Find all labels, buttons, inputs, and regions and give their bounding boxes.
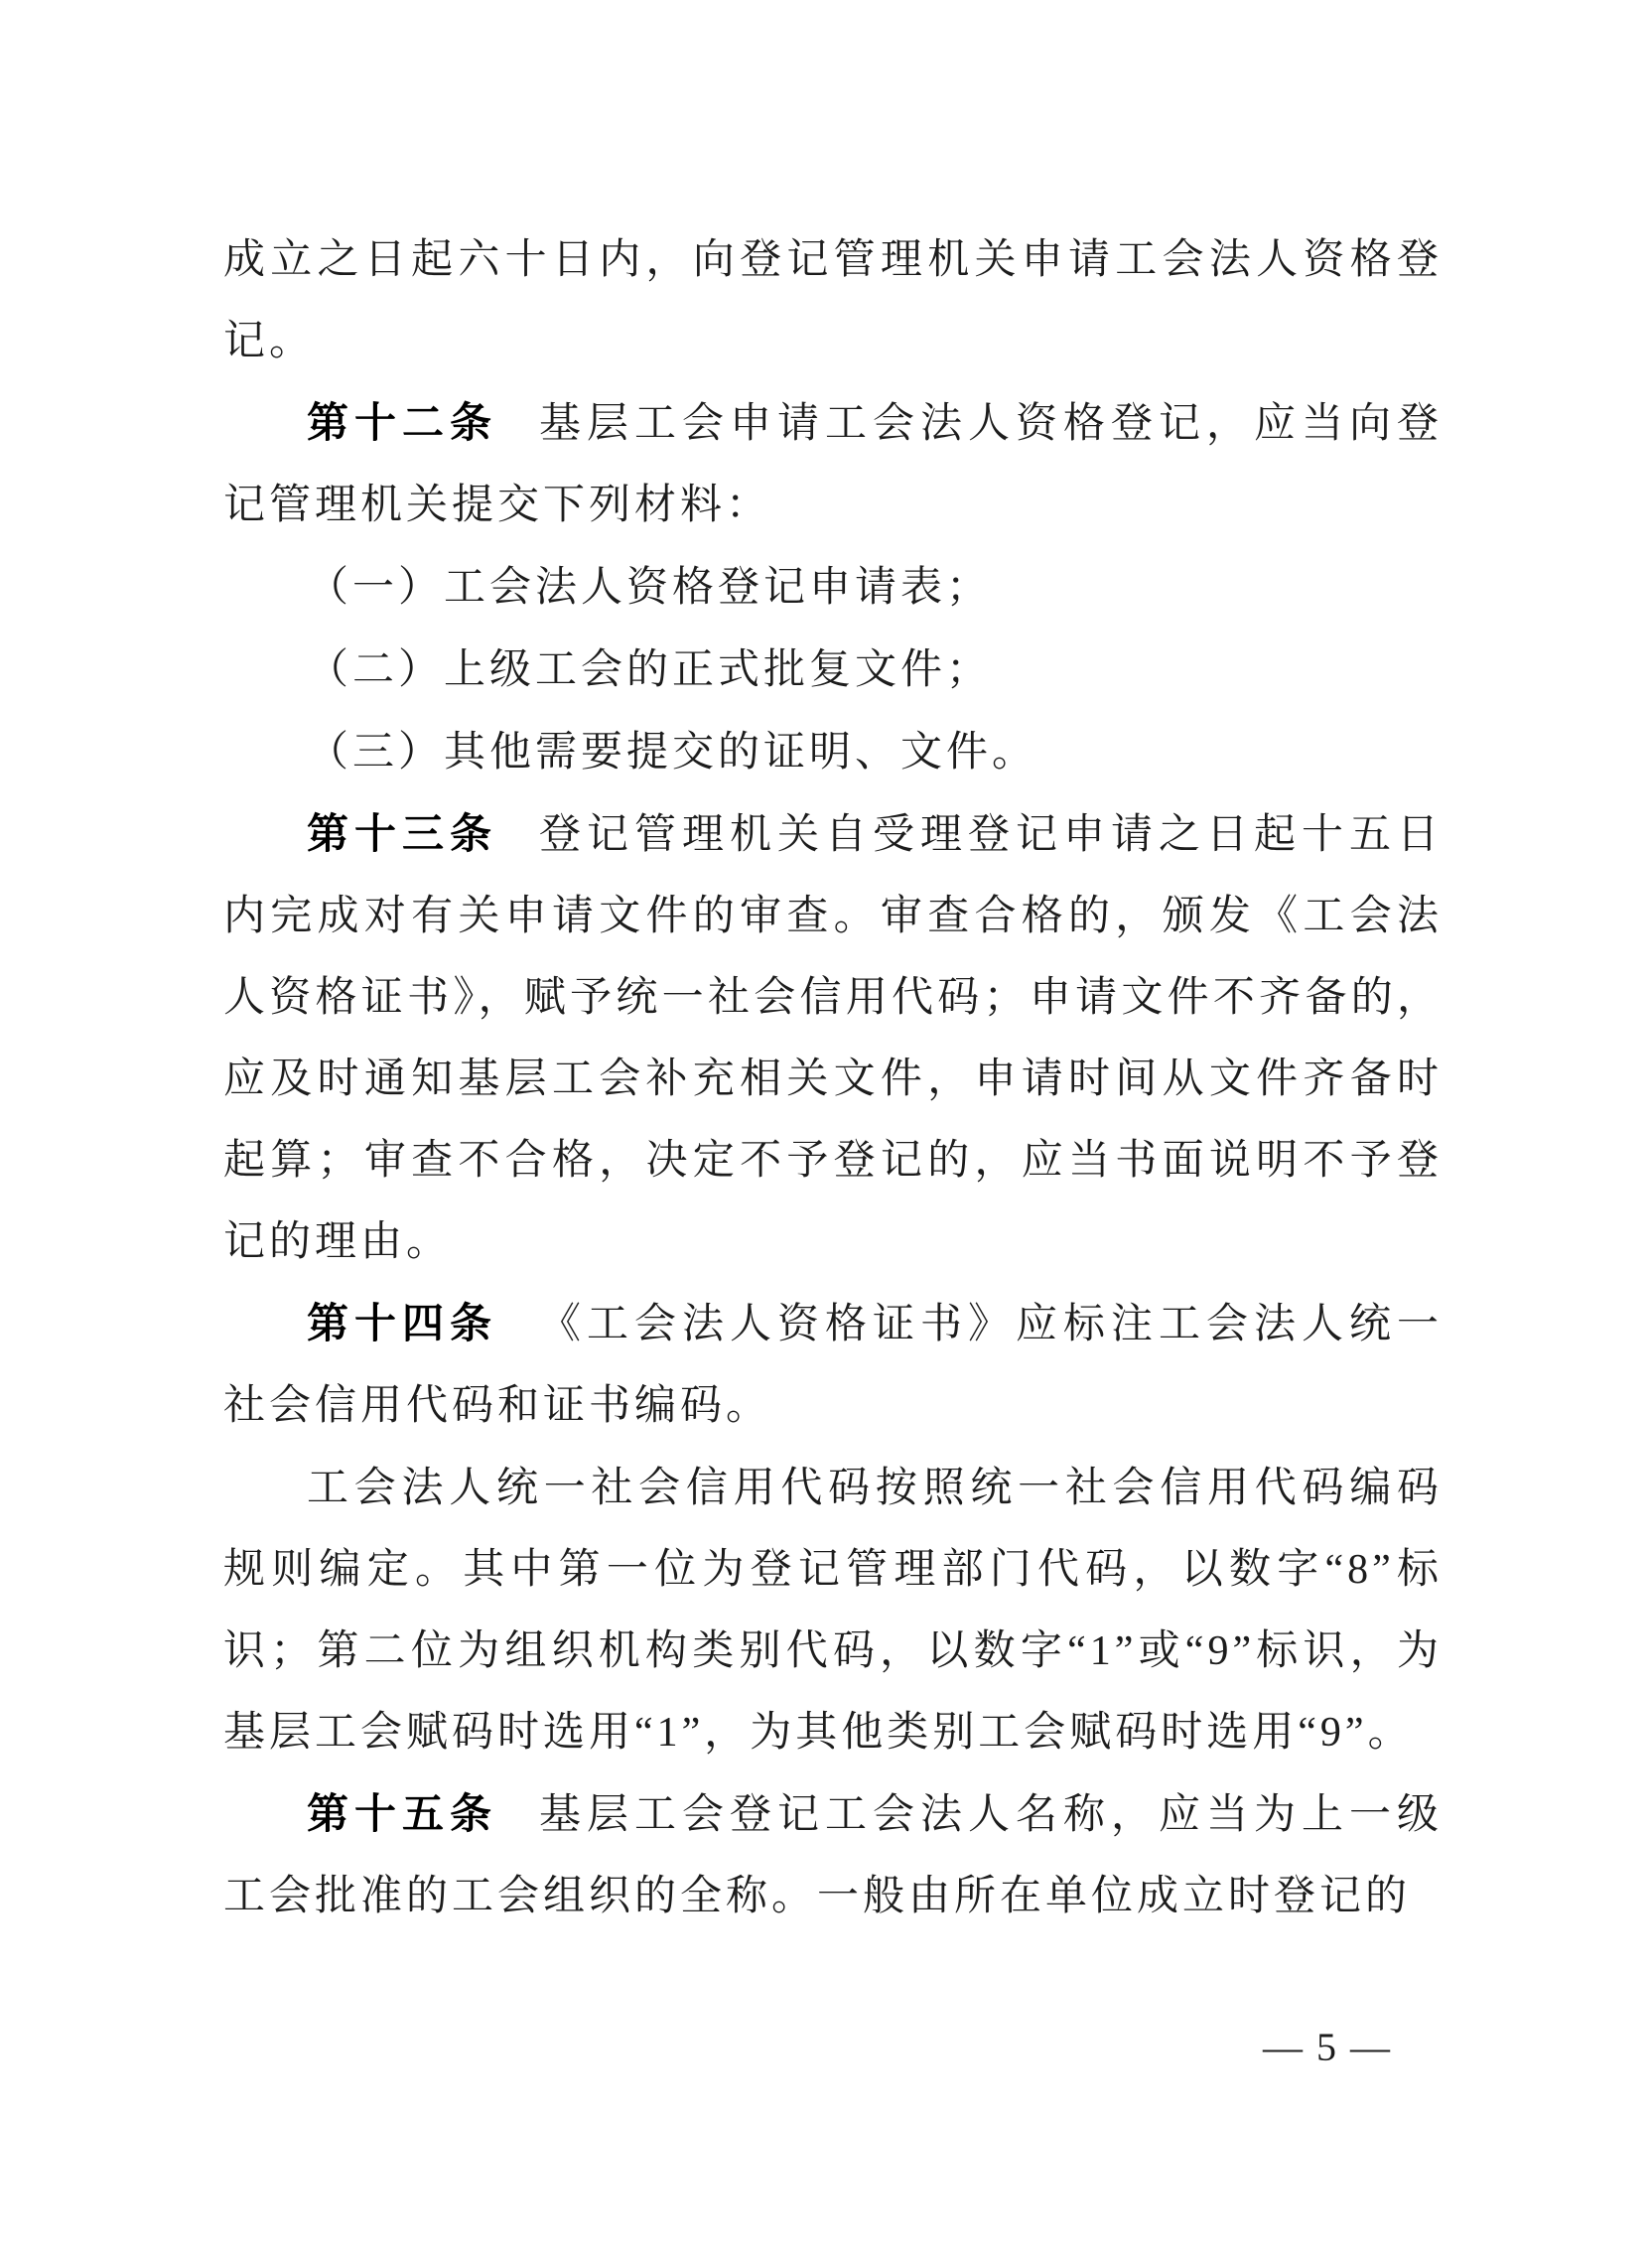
para-article-15: 第十五条基层工会登记工会法人名称，应当为上一级工会批准的工会组织的全称。一般由所…	[223, 1773, 1443, 1937]
article-number-label: 第十二条	[307, 399, 497, 446]
paragraph-text: 成立之日起六十日内，向登记管理机关申请工会法人资格登记。	[223, 237, 1443, 364]
para-code-rule: 工会法人统一社会信用代码按照统一社会信用代码编码规则编定。其中第一位为登记管理部…	[223, 1447, 1443, 1773]
paragraph-text: 登记管理机关自受理登记申请之日起十五日内完成对有关申请文件的审查。审查合格的，颁…	[223, 812, 1443, 1265]
para-article-13: 第十三条登记管理机关自受理登记申请之日起十五日内完成对有关申请文件的审查。审查合…	[223, 793, 1443, 1283]
article-number-label: 第十四条	[307, 1300, 497, 1346]
paragraph-text: （二）上级工会的正式批复文件；	[307, 647, 992, 693]
page-number: — 5 —	[1263, 2024, 1392, 2071]
paragraph-text: （一）工会法人资格登记申请表；	[307, 565, 992, 611]
para-article-12: 第十二条基层工会申请工会法人资格登记，应当向登记管理机关提交下列材料：	[223, 382, 1443, 546]
paragraph-text: 工会法人统一社会信用代码按照统一社会信用代码编码规则编定。其中第一位为登记管理部…	[223, 1466, 1443, 1756]
document-page: 成立之日起六十日内，向登记管理机关申请工会法人资格登记。 第十二条基层工会申请工…	[0, 0, 1652, 2256]
para-item-two: （二）上级工会的正式批复文件；	[223, 629, 1443, 711]
document-body: 成立之日起六十日内，向登记管理机关申请工会法人资格登记。 第十二条基层工会申请工…	[223, 218, 1443, 1937]
para-article-14: 第十四条《工会法人资格证书》应标注工会法人统一社会信用代码和证书编码。	[223, 1283, 1443, 1447]
paragraph-text: （三）其他需要提交的证明、文件。	[307, 730, 1037, 775]
article-number-label: 第十三条	[307, 810, 497, 857]
para-intro-continuation: 成立之日起六十日内，向登记管理机关申请工会法人资格登记。	[223, 218, 1443, 382]
para-item-one: （一）工会法人资格登记申请表；	[223, 546, 1443, 629]
para-item-three: （三）其他需要提交的证明、文件。	[223, 711, 1443, 793]
article-number-label: 第十五条	[307, 1790, 497, 1837]
